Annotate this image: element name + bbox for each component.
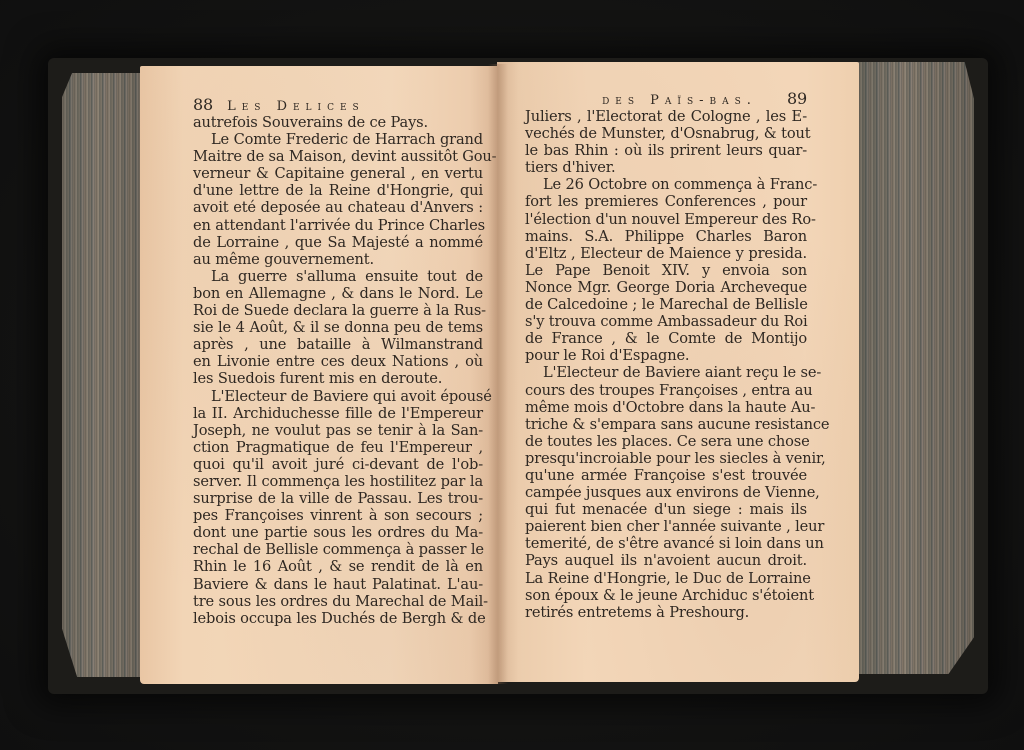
left-page-text: 88 Les Delices autrefois Souverains de c… [193,96,483,627]
text-line: après , une bataille à Wilmanstrand [193,336,483,353]
book-gutter [488,64,508,684]
right-page-body: Juliers , l'Electorat de Cologne , les E… [525,108,807,621]
text-line: Nonce Mgr. George Doria Archeveque [525,279,807,296]
text-line: triche & s'empara sans aucune resistance [525,416,807,433]
text-line: qu'une armée Françoise s'est trouvée [525,467,807,484]
text-line: campée jusques aux environs de Vienne, [525,484,807,501]
text-line: tre sous les ordres du Marechal de Mail- [193,593,483,610]
text-line: son époux & le jeune Archiduc s'étoient [525,587,807,604]
text-line: ction Pragmatique de feu l'Empereur , [193,439,483,456]
text-line: cours des troupes Françoises , entra au [525,382,807,399]
text-line: sie le 4 Août, & il se donna peu de tems [193,319,483,336]
page-number: 88 [193,96,213,114]
text-line: verneur & Capitaine general , en vertu [193,165,483,182]
right-running-head: des Païs-bas. 89 [525,90,807,108]
text-line: pes Françoises vinrent à son secours ; [193,507,483,524]
text-line: vechés de Munster, d'Osnabrug, & tout [525,125,807,142]
text-line: en attendant l'arrivée du Prince Charles [193,217,483,234]
text-line: Le Comte Frederic de Harrach grand [193,131,483,148]
left-page: 88 Les Delices autrefois Souverains de c… [140,66,498,684]
text-line: L'Electeur de Baviere aiant reçu le se- [525,364,807,381]
text-line: les Suedois furent mis en deroute. [193,370,483,387]
text-line: fort les premieres Conferences , pour [525,193,807,210]
text-line: s'y trouva comme Ambassadeur du Roi [525,313,807,330]
right-page-edges [858,62,974,674]
left-running-head: 88 Les Delices [193,96,483,114]
text-line: d'Eltz , Electeur de Maience y presida. [525,245,807,262]
text-line: lebois occupa les Duchés de Bergh & de [193,610,483,627]
text-line: même mois d'Octobre dans la haute Au- [525,399,807,416]
text-line: L'Electeur de Baviere qui avoit épousé [193,388,483,405]
text-line: temerité, de s'être avancé si loin dans … [525,535,807,552]
text-line: presqu'incroiable pour les siecles à ven… [525,450,807,467]
text-line: qui fut menacée d'un siege : mais ils [525,501,807,518]
text-line: La guerre s'alluma ensuite tout de [193,268,483,285]
text-line: Joseph, ne voulut pas se tenir à la San- [193,422,483,439]
text-line: mains. S.A. Philippe Charles Baron [525,228,807,245]
text-line: en Livonie entre ces deux Nations , où [193,353,483,370]
text-line: Rhin le 16 Août , & se rendit de là en [193,558,483,575]
text-line: paierent bien cher l'année suivante , le… [525,518,807,535]
text-line: Maitre de sa Maison, devint aussitôt Gou… [193,148,483,165]
text-line: au même gouvernement. [193,251,483,268]
text-line: surprise de la ville de Passau. Les trou… [193,490,483,507]
text-line: de France , & le Comte de Montijo [525,330,807,347]
page-number: 89 [787,90,807,108]
text-line: Pays auquel ils n'avoient aucun droit. [525,552,807,569]
left-page-body: autrefois Souverains de ce Pays.Le Comte… [193,114,483,627]
text-line: de Lorraine , que Sa Majesté a nommé [193,234,483,251]
text-line: bon en Allemagne , & dans le Nord. Le [193,285,483,302]
text-line: avoit eté deposée au chateau d'Anvers : [193,199,483,216]
right-page-text: des Païs-bas. 89 Juliers , l'Electorat d… [525,90,807,621]
text-line: Roi de Suede declara la guerre à la Rus- [193,302,483,319]
text-line: tiers d'hiver. [525,159,807,176]
text-line: pour le Roi d'Espagne. [525,347,807,364]
text-line: d'une lettre de la Reine d'Hongrie, qui [193,182,483,199]
left-page-edges [62,73,146,677]
text-line: quoi qu'il avoit juré ci-devant de l'ob- [193,456,483,473]
text-line: La Reine d'Hongrie, le Duc de Lorraine [525,570,807,587]
text-line: l'élection d'un nouvel Empereur des Ro- [525,211,807,228]
text-line: Le Pape Benoit XIV. y envoia son [525,262,807,279]
text-line: dont une partie sous les ordres du Ma- [193,524,483,541]
text-line: Le 26 Octobre on commença à Franc- [525,176,807,193]
text-line: autrefois Souverains de ce Pays. [193,114,483,131]
text-line: le bas Rhin : où ils prirent leurs quar- [525,142,807,159]
text-line: rechal de Bellisle commença à passer le [193,541,483,558]
text-line: server. Il commença les hostilitez par l… [193,473,483,490]
right-page: des Païs-bas. 89 Juliers , l'Electorat d… [497,62,859,682]
text-line: de Calcedoine ; le Marechal de Bellisle [525,296,807,313]
text-line: retirés entretems à Preshourg. [525,604,807,621]
text-line: Juliers , l'Electorat de Cologne , les E… [525,108,807,125]
text-line: de toutes les places. Ce sera une chose [525,433,807,450]
text-line: Baviere & dans le haut Palatinat. L'au- [193,576,483,593]
text-line: la II. Archiduchesse fille de l'Empereur [193,405,483,422]
